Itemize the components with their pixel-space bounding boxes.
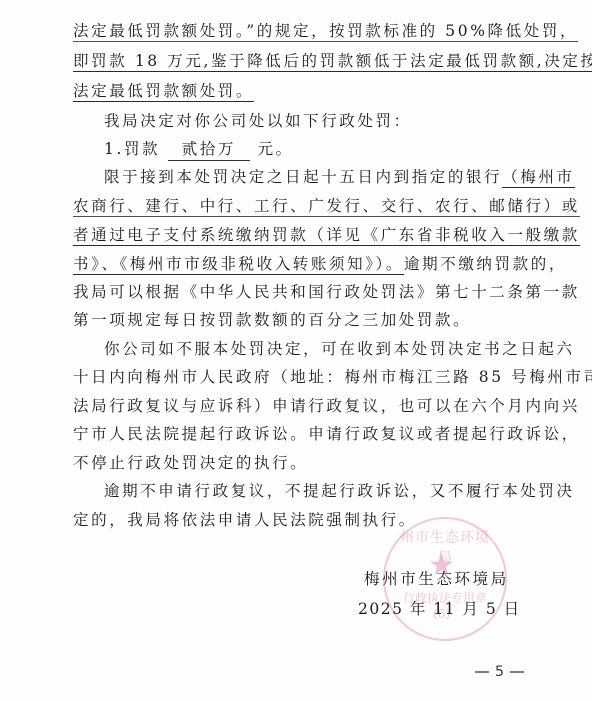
bank-list-underlined: （梅州市: [502, 168, 574, 188]
payment-line-4: 书》、《梅州市市级非税收入转账须知》）。逾期不缴纳罚款的，: [73, 251, 528, 277]
appeal-line-4: 宁市人民法院提起行政诉讼。申请行政复议或者提起行政诉讼，: [73, 421, 528, 447]
fine-prefix: 1.罚款: [104, 140, 160, 158]
appeal-line-1: 你公司如不服本处罚决定，可在收到本处罚决定书之日起六: [104, 336, 528, 362]
issue-date: 2025 年 11 月 5 日: [358, 596, 521, 622]
payment-notice-underlined: 书》、《梅州市市级非税收入转账须知》）。: [73, 255, 404, 275]
signature-block: 梅州市生态环境局 2025 年 11 月 5 日: [364, 566, 509, 592]
payment-method-underlined: 者通过电子支付系统缴纳罚款（详见《广东省非税收入一般缴款: [73, 226, 580, 246]
payment-text: 限于接到本处罚决定之日起十五日内到指定的银行: [104, 168, 502, 186]
enforcement-line-1: 逾期不申请行政复议，不提起行政诉讼，又不履行本处罚决: [104, 478, 528, 504]
page-number-value: 5: [495, 664, 504, 680]
text-line-2: 即罚款 18 万元,鉴于降低后的罚款额低于法定最低罚款额,决定按: [73, 48, 528, 74]
payment-text: 逾期不缴纳罚款的，: [404, 255, 567, 273]
fine-line: 1.罚款 贰拾万 元。: [104, 136, 528, 162]
payment-line-6: 第一项规定每日按罚款数额的百分之三加处罚款。: [73, 307, 528, 333]
issuing-authority: 梅州市生态环境局: [364, 566, 509, 592]
document-page: 法定最低罚款额处罚。”的规定，按罚款标准的 50%降低处罚， 即罚款 18 万元…: [0, 0, 592, 701]
payment-line-5: 我局可以根据《中华人民共和国行政处罚法》第七十二条第一款: [73, 279, 528, 305]
underlined-text: 即罚款 18 万元,鉴于降低后的罚款额低于法定最低罚款额,决定按: [73, 52, 592, 72]
appeal-line-5: 不停止行政处罚决定的执行。: [73, 450, 528, 476]
dash-left: [475, 671, 489, 673]
payment-line-1: 限于接到本处罚决定之日起十五日内到指定的银行（梅州市: [104, 164, 528, 190]
payment-line-3: 者通过电子支付系统缴纳罚款（详见《广东省非税收入一般缴款: [73, 222, 528, 248]
underlined-text: 法定最低罚款额处罚。”的规定，按罚款标准的 50%降低处罚，: [73, 22, 578, 42]
fine-amount: 贰拾万: [168, 138, 250, 161]
bank-list-underlined: 农商行、建行、中行、工行、广发行、交行、农行、邮储行）或: [73, 197, 580, 217]
appeal-line-3: 法局行政复议与应诉科）申请行政复议，也可以在六个月内向兴: [73, 393, 528, 419]
text-line-1: 法定最低罚款额处罚。”的规定，按罚款标准的 50%降低处罚，: [73, 18, 528, 44]
page-number: 5: [475, 664, 524, 680]
underlined-text: 法定最低罚款额处罚。: [73, 82, 254, 102]
appeal-line-2: 十日内向梅州市人民政府（地址：梅州市梅江三路 85 号梅州市司: [73, 364, 528, 390]
decision-intro: 我局决定对你公司处以如下行政处罚：: [104, 108, 528, 134]
text-line-3: 法定最低罚款额处罚。: [73, 78, 528, 104]
dash-right: [510, 671, 524, 673]
fine-suffix: 元。: [258, 140, 294, 158]
payment-line-2: 农商行、建行、中行、工行、广发行、交行、农行、邮储行）或: [73, 193, 528, 219]
